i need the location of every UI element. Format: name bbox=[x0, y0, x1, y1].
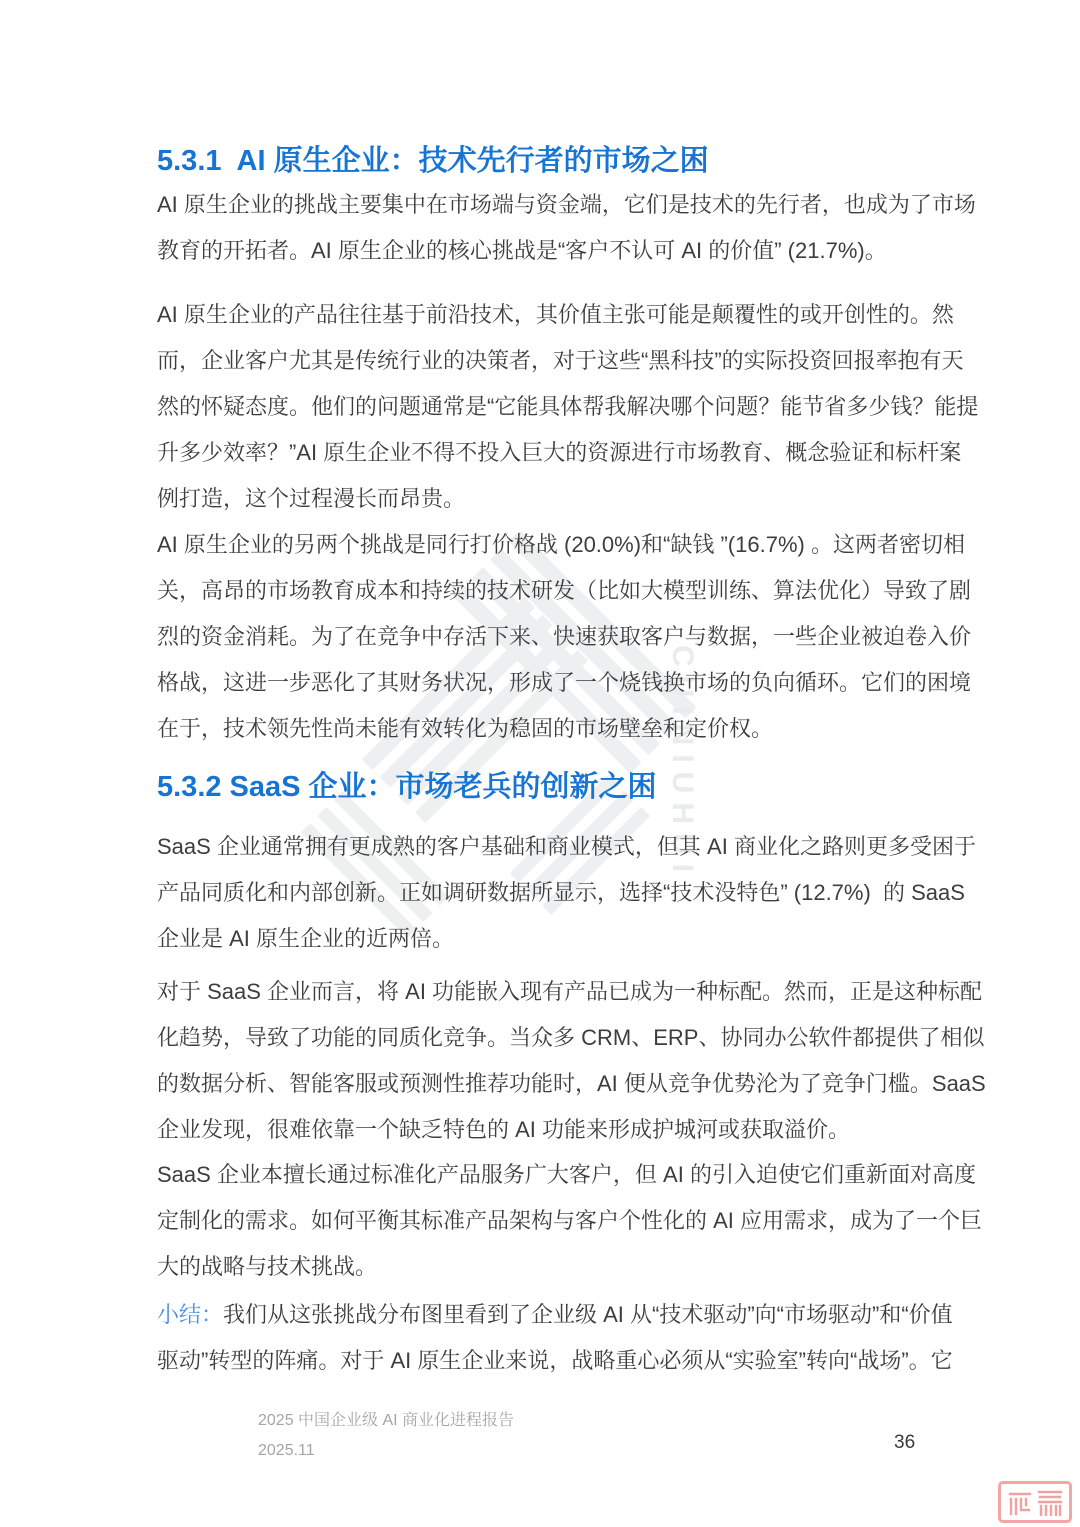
page-number: 36 bbox=[894, 1432, 915, 1454]
text-line: 然的怀疑态度。他们的问题通常是“它能具体帮我解决哪个问题？能节省多少钱？能提 bbox=[157, 384, 919, 430]
footer: 2025 中国企业级 AI 商业化进程报告 2025.11 bbox=[258, 1406, 514, 1466]
summary-text: 我们从这张挑战分布图里看到了企业级 AI 从“技术驱动”向“市场驱动”和“价值 bbox=[223, 1302, 953, 1327]
text-line: SaaS 企业通常拥有更成熟的客户基础和商业模式，但其 AI 商业化之路则更多受… bbox=[157, 824, 919, 870]
text-line: 产品同质化和内部创新。正如调研数据所显示，选择“技术没特色” (12.7%) 的… bbox=[157, 870, 919, 916]
text-line: AI 原生企业的产品往往基于前沿技术，其价值主张可能是颠覆性的或开创性的。然 bbox=[157, 292, 919, 338]
text-line: 升多少效率？”AI 原生企业不得不投入巨大的资源进行市场教育、概念验证和标杆案 bbox=[157, 430, 919, 476]
section-heading-532: 5.3.2 SaaS 企业：市场老兵的创新之困 bbox=[157, 764, 927, 805]
text-line: 教育的开拓者。AI 原生企业的核心挑战是“客户不认可 AI 的价值” (21.7… bbox=[157, 228, 919, 274]
summary-label: 小结： bbox=[157, 1302, 223, 1327]
paragraph-531-3: AI 原生企业的另两个挑战是同行打价格战 (20.0%)和“缺钱 ”(16.7%… bbox=[157, 522, 919, 752]
text-line: SaaS 企业本擅长通过标准化产品服务广大客户，但 AI 的引入迫使它们重新面对… bbox=[157, 1152, 919, 1198]
paragraph-531-2: AI 原生企业的产品往往基于前沿技术，其价值主张可能是颠覆性的或开创性的。然而，… bbox=[157, 292, 919, 522]
text-line: 的数据分析、智能客服或预测性推荐功能时，AI 便从竞争优势沦为了竞争门槛。Saa… bbox=[157, 1061, 919, 1107]
text-line: 对于 SaaS 企业而言，将 AI 功能嵌入现有产品已成为一种标配。然而，正是这… bbox=[157, 969, 919, 1015]
paragraph-532-2: 对于 SaaS 企业而言，将 AI 功能嵌入现有产品已成为一种标配。然而，正是这… bbox=[157, 969, 919, 1153]
text-line: AI 原生企业的挑战主要集中在市场端与资金端，它们是技术的先行者，也成为了市场 bbox=[157, 182, 919, 228]
text-line: 格战，这进一步恶化了其财务状况，形成了一个烧钱换市场的负向循环。它们的困境 bbox=[157, 660, 919, 706]
text-line: 而，企业客户尤其是传统行业的决策者，对于这些“黑科技”的实际投资回报率抱有天 bbox=[157, 338, 919, 384]
section-heading-531: 5.3.1 AI 原生企业：技术先行者的市场之困 bbox=[157, 138, 927, 179]
summary-line-2: 驱动”转型的阵痛。对于 AI 原生企业来说，战略重心必须从“实验室”转向“战场”… bbox=[157, 1338, 919, 1384]
text-line: 关，高昂的市场教育成本和持续的技术研发（比如大模型训练、算法优化）导致了剧 bbox=[157, 568, 919, 614]
text-line: 大的战略与技术挑战。 bbox=[157, 1244, 919, 1290]
text-line: 定制化的需求。如何平衡其标准产品架构与客户个性化的 AI 应用需求，成为了一个巨 bbox=[157, 1198, 919, 1244]
text-line: 烈的资金消耗。为了在竞争中存活下来、快速获取客户与数据，一些企业被迫卷入价 bbox=[157, 614, 919, 660]
paragraph-532-1: SaaS 企业通常拥有更成熟的客户基础和商业模式，但其 AI 商业化之路则更多受… bbox=[157, 824, 919, 962]
footer-report-date: 2025.11 bbox=[258, 1436, 514, 1466]
report-page: CUINIUHUI 5.3.1 AI 原生企业：技术先行者的市场之困 AI 原生… bbox=[0, 0, 1080, 1527]
red-seal-stamp-icon bbox=[998, 1481, 1072, 1523]
summary-paragraph: 小结：我们从这张挑战分布图里看到了企业级 AI 从“技术驱动”向“市场驱动”和“… bbox=[157, 1292, 919, 1384]
footer-report-title: 2025 中国企业级 AI 商业化进程报告 bbox=[258, 1406, 514, 1436]
paragraph-532-3: SaaS 企业本擅长通过标准化产品服务广大客户，但 AI 的引入迫使它们重新面对… bbox=[157, 1152, 919, 1290]
text-line: 化趋势，导致了功能的同质化竞争。当众多 CRM、ERP、协同办公软件都提供了相似 bbox=[157, 1015, 919, 1061]
text-line: 在于，技术领先性尚未能有效转化为稳固的市场壁垒和定价权。 bbox=[157, 706, 919, 752]
text-line: AI 原生企业的另两个挑战是同行打价格战 (20.0%)和“缺钱 ”(16.7%… bbox=[157, 522, 919, 568]
paragraph-531-1: AI 原生企业的挑战主要集中在市场端与资金端，它们是技术的先行者，也成为了市场教… bbox=[157, 182, 919, 274]
text-line: 企业发现，很难依靠一个缺乏特色的 AI 功能来形成护城河或获取溢价。 bbox=[157, 1107, 919, 1153]
text-line: 企业是 AI 原生企业的近两倍。 bbox=[157, 916, 919, 962]
summary-line-1: 小结：我们从这张挑战分布图里看到了企业级 AI 从“技术驱动”向“市场驱动”和“… bbox=[157, 1292, 919, 1338]
text-line: 例打造，这个过程漫长而昂贵。 bbox=[157, 476, 919, 522]
